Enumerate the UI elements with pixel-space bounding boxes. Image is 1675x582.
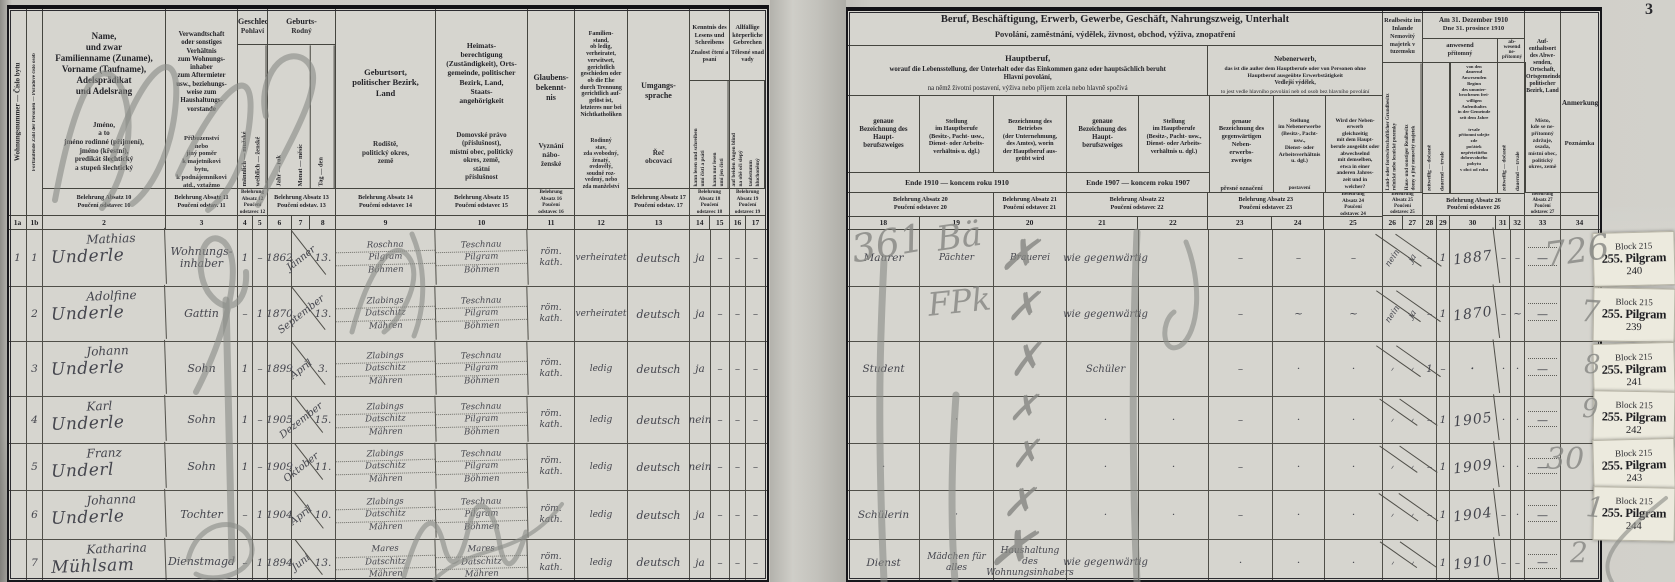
anwesend-header: anwesend přítomný: [1423, 39, 1497, 63]
cell-c9: ZlabingsDatschitzMähren: [335, 286, 436, 343]
col-num: 2: [43, 216, 165, 229]
cell-c32: ·: [1511, 444, 1525, 490]
cell-c28: 1: [1423, 342, 1437, 396]
col-num: 9: [336, 216, 435, 229]
handwritten-line: Mähren: [336, 425, 435, 439]
col-geschlecht-header: Geschlecht Pohlaví: [238, 9, 267, 45]
col-glauben-header: Glaubens- bekennt- nis Vyznání nábo- žen…: [528, 9, 574, 188]
geschlecht-cz: Pohlaví: [238, 27, 267, 36]
handwritten-line: Mähren: [336, 374, 435, 388]
dezember-de: Am 31. Dezember 1910: [1423, 16, 1524, 25]
col-num: 14: [690, 216, 710, 229]
cell-c2: KarlUnderle: [42, 395, 167, 445]
stamp-line: 255. Pilgram: [1602, 457, 1667, 474]
cell-c18: Dienst: [848, 540, 920, 582]
heimatsrecht-cz: Domovské právo (příslušnost), místní obe…: [437, 131, 526, 181]
cell-c13: deutsch: [628, 540, 690, 582]
handwritten-line: Mähren: [336, 568, 435, 582]
cell-c12: ledig: [575, 491, 628, 539]
cell-c8: 13.: [311, 287, 336, 341]
handwritten-line: Franz: [86, 445, 122, 460]
cell-c20: [994, 287, 1067, 341]
cell-c19: [920, 444, 994, 490]
cell-c11: röm.kath.: [528, 230, 575, 286]
handwritten-line: Mädchen für: [927, 552, 986, 563]
handwritten-line: Böhmen: [436, 473, 527, 487]
belehrung-15: Belehrung Absatz 15 Poučení odstavec 15: [436, 188, 527, 215]
col-num: 3: [166, 216, 237, 229]
book-fold-gutter: [770, 0, 846, 582]
col34-header: Anmerkung Poznámka: [1561, 11, 1598, 192]
col-verwandtschaft-header: Verwandtschaft oder sonstiges Verhältnis…: [166, 9, 237, 188]
nebenerwerb-de2: das ist die außer dem Hauptberufe oder v…: [1212, 66, 1378, 80]
cell-c18: Maurer: [848, 230, 920, 286]
handwritten-line: Underle: [51, 357, 125, 380]
col-num: 18: [848, 217, 920, 229]
ende-1910: Ende 1910 — koncem roku 1910: [848, 173, 1067, 192]
hauptberuf-de2: worauf die Lebensstellung, der Unterhalt…: [852, 66, 1203, 74]
geburtsort-de: Geburtsort, politischer Bezirk, Land: [337, 67, 434, 98]
handwritten-line: röm.: [540, 456, 561, 467]
right-data-rows: MaurerPächterBrauereiwie gegenwärtig–––n…: [848, 230, 1600, 582]
cell-c19: ·: [920, 491, 994, 539]
handwritten-line: kath.: [539, 420, 562, 431]
cell-c3: Dienstmagd: [166, 540, 238, 582]
cell-c2: JohannaUnderle: [42, 489, 167, 541]
stamp-line: 240: [1626, 266, 1642, 277]
cell-c17: –: [746, 342, 765, 396]
cell-c22: [1139, 287, 1209, 341]
handwritten-line: Underle: [51, 412, 125, 435]
right-census-page: Beruf, Beschäftigung, Erwerb, Gewerbe, G…: [846, 7, 1602, 582]
col-tag: Tag — den: [310, 45, 335, 188]
col18-header: genaue Bezeichnung des Haupt- berufszwei…: [848, 96, 920, 172]
cell-c33: —: [1525, 342, 1561, 396]
cell-c20: Haushaltung desWohnungsinhabers: [994, 540, 1067, 582]
stamp-line: Block 215: [1616, 400, 1653, 411]
cell-c1a: [9, 540, 27, 582]
cell-c22: [1139, 540, 1209, 582]
anwesend-cz: přítomný: [1423, 50, 1497, 57]
cell-c9: RoschnaPilgramBöhmen: [335, 229, 436, 288]
glauben-de: Glaubens- bekennt- nis: [529, 73, 573, 102]
cell-c24: ~: [1273, 287, 1325, 341]
cell-c30: 1870: [1447, 284, 1500, 343]
realbesitz-cz: Nemovitý majetek v tuzemsku: [1383, 34, 1422, 56]
cell-c1b: 7: [27, 540, 43, 582]
cell-c18: Student: [848, 342, 920, 396]
cell-c18: [848, 397, 920, 443]
col-wohnungsnummer: Wohnungsnummer — Číslo bytu: [9, 9, 26, 215]
cell-c12: ledig: [575, 444, 628, 490]
cell-c10: TeschnauPilgramBöhmen: [435, 443, 528, 491]
col24-header: Stellung im Nebenerwerbe (Besitz-, Pacht…: [1274, 96, 1326, 192]
stamp: Block 215255. Pilgram244: [1593, 486, 1675, 541]
c18-de: genaue Bezeichnung des Haupt- berufszwei…: [849, 118, 918, 151]
cell-c33: —: [1525, 230, 1561, 286]
cell-c20: [994, 342, 1067, 396]
handwritten-line: Böhmen: [436, 264, 527, 278]
cell-c3: Sohn: [166, 397, 238, 443]
cell-c14: ja: [690, 230, 711, 286]
handwritten-line: röm.: [540, 552, 561, 563]
cell-c15: –: [711, 230, 730, 286]
belehrung-16: Belehrung Absatz 16 Poučení odstavec 16: [528, 188, 574, 215]
cell-c2: FranzUnderl: [42, 442, 167, 492]
cell-c31: –: [1497, 540, 1511, 582]
cell-c16: –: [730, 397, 746, 443]
belehrung-18: Belehrung Absatz 18 Poučení odstavec 18: [690, 188, 729, 215]
cell-c19: Mädchen füralles: [920, 540, 994, 582]
c33-de: Auf- enthaltsort des Abwe- senden, Ortsc…: [1526, 39, 1559, 96]
col22-header: Stellung im Hauptberufe (Besitz-, Pacht-…: [1139, 96, 1209, 172]
cell-c9: ZlabingsDatschitzMähren: [335, 443, 436, 492]
col-num: 11: [528, 216, 574, 229]
hauptberuf-cz: Hlavní povolání,: [852, 74, 1203, 82]
handwritten-line: Underle: [51, 245, 125, 268]
cell-c9: ZlabingsDatschitzMähren: [335, 490, 436, 541]
cell-c25: ·: [1325, 397, 1383, 443]
cell-c15: –: [711, 540, 730, 582]
cell-c32: –: [1511, 230, 1525, 286]
handwritten-line: kath.: [539, 314, 562, 325]
handwritten-line: Böhmen: [436, 375, 527, 389]
cell-c22: [1139, 342, 1209, 396]
belehrung-20: Belehrung Absatz 20 Poučení odstavec 20: [848, 193, 994, 216]
col-num: 17: [746, 216, 765, 229]
cell-c4: –: [238, 491, 253, 539]
col-grundbesitz: Land- oder forstwirtschaftlicher Grundbe…: [1383, 63, 1402, 192]
cell-c16: –: [730, 491, 746, 539]
cell-c10: TeschnauPilgramBöhmen: [435, 490, 528, 540]
belehrung-19: Belehrung Absatz 19 Poučení odstavec 19: [730, 188, 765, 215]
belehrung-12: Belehrung Absatz 12 Poučení odstavec 12: [238, 188, 267, 215]
name-header-cz: Jméno, a to jméno rodinné (příjmení), jm…: [44, 121, 164, 173]
col-num: 34: [1561, 216, 1598, 229]
umgangssprache-cz: Řeč obcovací: [629, 149, 688, 166]
handwritten-line: kath.: [539, 515, 562, 526]
cell-c17: –: [746, 397, 765, 443]
col-aufenthalt-beginn: von den dauernd Anwesenden Beginn des un…: [1450, 63, 1497, 193]
cell-c16: –: [730, 230, 746, 286]
cell-c1b: 6: [27, 491, 43, 539]
cell-c10: TeschnauPilgramBöhmen: [435, 286, 528, 342]
cell-c1a: 1: [9, 230, 27, 286]
cell-c15: –: [711, 342, 730, 396]
table-row: 11MathiasUnderleWohnungs-inhaber1–1862Jä…: [9, 230, 767, 287]
cell-c19: ·: [920, 397, 994, 443]
anmerkung-cz: Poznámka: [1562, 140, 1597, 148]
col-num: 24: [1272, 217, 1324, 229]
cell-c24: ·: [1273, 397, 1325, 443]
c19-de: Stellung im Hauptberufe (Besitz-, Pacht-…: [921, 118, 992, 156]
belehrung-22: Belehrung Absatz 22 Poučení odstavec 22: [1067, 193, 1209, 216]
cell-c34: [1561, 540, 1598, 582]
left-header: Wohnungsnummer — Číslo bytu 1a Fortlaufe…: [9, 9, 767, 230]
handwritten-line: röm.: [540, 504, 561, 515]
handwritten-line: Underle: [51, 506, 125, 529]
cell-c3: Gattin: [166, 287, 238, 341]
cell-c8: 13.: [311, 540, 336, 582]
dezember-cz: Dne 31. prosince 1910: [1423, 25, 1524, 33]
stamp-line: 255. Pilgram: [1602, 505, 1667, 521]
col25-header: Wird der Neben- erwerb gleichzeitig mit …: [1326, 96, 1384, 192]
cell-c25: ·: [1325, 444, 1383, 490]
col23-header: genaue Bezeichnung des gegenwärtigen Neb…: [1210, 96, 1274, 192]
cell-c33: —: [1525, 397, 1561, 443]
cell-c12: verheiratet: [575, 230, 628, 286]
c21-de: genaue Bezeichnung des Haupt- berufszwei…: [1068, 118, 1137, 151]
col21-header: genaue Bezeichnung des Haupt- berufszwei…: [1067, 96, 1139, 172]
handwritten-line: alles: [946, 563, 967, 574]
handwritten-line: kath.: [539, 369, 562, 380]
beruf-banner: Beruf, Beschäftigung, Erwerb, Gewerbe, G…: [848, 11, 1382, 46]
stamp-line: 242: [1626, 425, 1642, 436]
stamp-line: 241: [1626, 377, 1642, 388]
cell-c21: ·: [1067, 397, 1139, 443]
hauptberuf-band: Hauptberuf, worauf die Lebensstellung, d…: [848, 46, 1208, 96]
cell-c28: –: [1423, 444, 1437, 490]
handwritten-line: kath.: [539, 258, 562, 269]
handwritten-line: Johanna: [86, 492, 136, 508]
stamp-line: 244: [1626, 521, 1642, 532]
cell-c1a: [9, 444, 27, 490]
cell-c32: ·: [1511, 491, 1525, 539]
handwritten-line: inhaber: [180, 258, 223, 270]
cell-c2: KatharinaMühlsam: [42, 538, 166, 582]
cell-c19: [920, 342, 994, 396]
cell-c14: ja: [690, 540, 711, 582]
col-num: 23: [1208, 217, 1272, 229]
cell-c30: 1904: [1447, 488, 1499, 541]
cell-c2: JohannUnderle: [42, 340, 167, 398]
handwritten-line: Mathias: [86, 231, 136, 247]
cell-c22: ·: [1139, 444, 1209, 490]
cell-c31: ·: [1497, 444, 1511, 490]
cell-c10: TeschnauPilgramBöhmen: [435, 396, 528, 444]
cell-c8: 13.: [311, 230, 336, 286]
handwritten-line: Underl: [51, 460, 114, 482]
cell-c13: deutsch: [628, 397, 690, 443]
cell-c1b: 2: [27, 287, 43, 341]
handwritten-line: röm.: [540, 358, 561, 369]
cell-c22: [1139, 230, 1209, 286]
handwritten-line: Böhmen: [436, 521, 527, 535]
cell-c23: ·: [1209, 540, 1273, 582]
cell-c11: röm.kath.: [528, 491, 575, 539]
belehrung-26: Belehrung Absatz 26 Poučení odstavec 26: [1423, 193, 1524, 216]
census-sheet-scan: 3 Wohnungsnummer — Číslo bytu 1a Fortlau…: [0, 0, 1675, 582]
c23-de: genaue Bezeichnung des gegenwärtigen Neb…: [1211, 118, 1272, 165]
cell-c13: deutsch: [628, 491, 690, 539]
cell-c10: TeschnauPilgramBöhmen: [435, 341, 528, 397]
cell-c4: –: [238, 540, 253, 582]
cell-c23: –: [1209, 230, 1273, 286]
col-num: 25: [1324, 217, 1382, 229]
cell-c1b: 3: [27, 342, 43, 396]
cell-c20: [994, 397, 1067, 443]
handwritten-line: Adolfine: [86, 288, 137, 304]
glauben-cz: Vyznání nábo- ženské: [529, 142, 573, 168]
cell-c11: röm.kath.: [528, 397, 575, 443]
stamp-line: Block 215: [1616, 496, 1653, 507]
cell-c20: [994, 491, 1067, 539]
cell-c28: –: [1423, 397, 1437, 443]
cell-c8: 10.: [311, 491, 336, 539]
col-lesen-schreiben: kann lesen und schreiben umí čísti a psá…: [690, 81, 710, 189]
anwesend-de: anwesend: [1423, 42, 1497, 50]
cell-c18: [848, 287, 920, 341]
col-num: 33: [1525, 216, 1560, 229]
cell-c1a: [9, 342, 27, 396]
handwritten-line: Karl: [86, 399, 112, 414]
cell-c8: 3.: [311, 342, 336, 396]
beruf-banner-cz: Povolání, zaměstnání, výdělek, živnost, …: [848, 29, 1382, 39]
cell-c33: —: [1525, 444, 1561, 490]
handwritten-line: Mähren: [336, 520, 435, 534]
table-row: ···–··–––11909··—: [848, 444, 1600, 491]
col-blind: auf beiden Augen blind na obě oči slepý: [730, 81, 746, 189]
col-name-header: Name, und zwar Familienname (Zuname), Vo…: [43, 9, 165, 188]
cell-c13: deutsch: [628, 342, 690, 396]
page-number: 3: [1645, 1, 1653, 19]
cell-c32: ·: [1511, 397, 1525, 443]
stamp: Block 215255. Pilgram240: [1592, 231, 1675, 287]
table-row: DienstMädchen fürallesHaushaltung desWoh…: [848, 540, 1600, 582]
cell-c1b: 1: [27, 230, 43, 286]
handwritten-line: Wohnungsinhabers: [986, 568, 1073, 579]
col-weiblich: weiblich — ženské: [252, 45, 267, 188]
col-num: 7: [292, 216, 311, 229]
hauptberuf-de: Hauptberuf,: [1005, 53, 1050, 63]
cell-c4: 1: [238, 444, 253, 490]
col-num: 6: [268, 216, 292, 229]
handwritten-line: Johann: [86, 343, 129, 358]
cell-c12: ledig: [575, 342, 628, 396]
cell-c4: 1: [238, 230, 253, 286]
geburts-cz: Rodný: [268, 27, 335, 36]
col-num: 15: [710, 216, 729, 229]
cell-c31: –: [1497, 491, 1511, 539]
stamp-line: 239: [1626, 322, 1642, 333]
cell-c3: Wohnungs-inhaber: [166, 230, 238, 286]
cell-c13: deutsch: [628, 444, 690, 490]
anmerkung-de: Anmerkung: [1562, 99, 1597, 108]
cell-c32: ~: [1511, 287, 1525, 341]
handwritten-line: Underle: [51, 302, 125, 325]
handwritten-line: Katharina: [86, 541, 147, 557]
handwritten-line: Haushaltung des: [994, 546, 1066, 568]
c25-de: Wird der Neben- erwerb gleichzeitig mit …: [1327, 118, 1383, 191]
col-num: 12: [575, 216, 627, 229]
geburtsort-cz: Rodiště, politický okres, země: [337, 140, 434, 166]
cell-c1b: 5: [27, 444, 43, 490]
cell-c15: –: [711, 397, 730, 443]
cell-c31: ·: [1497, 397, 1511, 443]
handwritten-line: kath.: [539, 563, 562, 574]
cell-c30: 1910: [1447, 537, 1499, 582]
handwritten-line: Mähren: [436, 568, 527, 582]
cell-c1a: [9, 491, 27, 539]
cell-c17: –: [746, 540, 765, 582]
cell-c1a: [9, 397, 27, 443]
table-row: 6JohannaUnderleTochter–11904April10.Zlab…: [9, 491, 767, 540]
cell-c11: röm.kath.: [528, 540, 575, 582]
c22-de: Stellung im Hauptberufe (Besitz-, Pacht-…: [1140, 118, 1208, 156]
cell-c30: 1887: [1447, 227, 1500, 288]
cell-c14: nein: [690, 397, 711, 443]
cell-c21: wie gegenwärtig: [1067, 540, 1139, 582]
col33-header: Auf- enthaltsort des Abwe- senden, Ortsc…: [1525, 11, 1560, 192]
cell-c2: AdolfineUnderle: [42, 285, 167, 343]
stamp-line: 243: [1626, 473, 1642, 484]
cell-c12: ledig: [575, 540, 628, 582]
cell-c2: MathiasUnderle: [42, 228, 167, 288]
col-num: 32: [1510, 216, 1524, 229]
belehrung-13: Belehrung Absatz 13 Poučení odstav. 13: [268, 188, 335, 215]
cell-c32: –: [1511, 540, 1525, 582]
cell-c18: ·: [848, 444, 920, 490]
col-num: 1a: [9, 216, 26, 229]
cell-c9: ZlabingsDatschitzMähren: [335, 396, 436, 445]
cell-c19: Pächter: [920, 230, 994, 286]
table-row: 5FranzUnderlSohn1–1909Oktober11.Zlabings…: [9, 444, 767, 491]
stamp-line: Block 215: [1616, 297, 1653, 308]
cell-c1b: 4: [27, 397, 43, 443]
gebrechen-cz: Tělesné snad vady: [730, 50, 765, 64]
table-row: wie gegenwärtig–~~neinja–11870–~—: [848, 287, 1600, 342]
handwritten-line: Böhmen: [336, 263, 435, 277]
cell-c10: TeschnauPilgramBöhmen: [435, 229, 528, 287]
nebenerwerb-de: Nebenerwerb,: [1274, 55, 1316, 63]
stamp-line: 255. Pilgram: [1602, 250, 1667, 267]
hauptberuf-cz2: na němž životní postavení, výživa nebo p…: [852, 85, 1203, 93]
cell-c8: 15.: [311, 397, 336, 443]
cell-c16: –: [730, 444, 746, 490]
col-personennummer: Fortlaufende Zahl der Personen — Pořadov…: [27, 9, 42, 215]
belehrung-27: Belehrung Absatz 27 Poučení odstavec 27: [1525, 192, 1560, 215]
col-num: 1b: [27, 216, 42, 229]
c24-de: Stellung im Nebenerwerbe (Besitz-, Pacht…: [1275, 118, 1324, 166]
cell-c33: —: [1525, 491, 1561, 539]
handwritten-line: röm.: [540, 303, 561, 314]
cell-c30: ·: [1447, 339, 1500, 398]
cell-c24: –: [1273, 230, 1325, 286]
cell-c20: [994, 444, 1067, 490]
cell-c16: –: [730, 342, 746, 396]
cell-c15: –: [711, 491, 730, 539]
cell-c30: 1909: [1447, 441, 1499, 492]
stamp-line: 255. Pilgram: [1602, 409, 1667, 425]
col-num: 10: [436, 216, 527, 229]
cell-c17: –: [746, 287, 765, 341]
lesen-de: Kenntnis des Lesens und Schreibens: [690, 24, 729, 47]
cell-c3: Sohn: [166, 342, 238, 396]
table-row: StudentSchüler–··––1–···—: [848, 342, 1600, 397]
nebenerwerb-cz2: to jest vedle hlavního povolání neb od o…: [1212, 89, 1378, 96]
nebenerwerb-band: Nebenerwerb, das ist die außer dem Haupt…: [1208, 46, 1382, 96]
right-header: Beruf, Beschäftigung, Erwerb, Gewerbe, G…: [848, 11, 1600, 230]
col-heimatsrecht-header: Heimats- berechtigung (Zuständigkeit), O…: [436, 9, 527, 188]
cell-c31: –: [1497, 287, 1511, 341]
belehrung-23: Belehrung Absatz 23 Poučení odstavec 23: [1208, 193, 1324, 216]
col-familienstand-header: Familien- stand, ob ledig, verheiratet, …: [575, 9, 627, 188]
cell-c17: –: [746, 491, 765, 539]
belehrung-24: Belehrung Absatz 24 Poučení odstavec 24: [1324, 193, 1382, 216]
cell-c31: –: [1497, 230, 1511, 286]
geburts-de: Geburts-: [268, 17, 335, 27]
col-lesen-header: Kenntnis des Lesens und Schreibens Znalo…: [690, 9, 729, 81]
